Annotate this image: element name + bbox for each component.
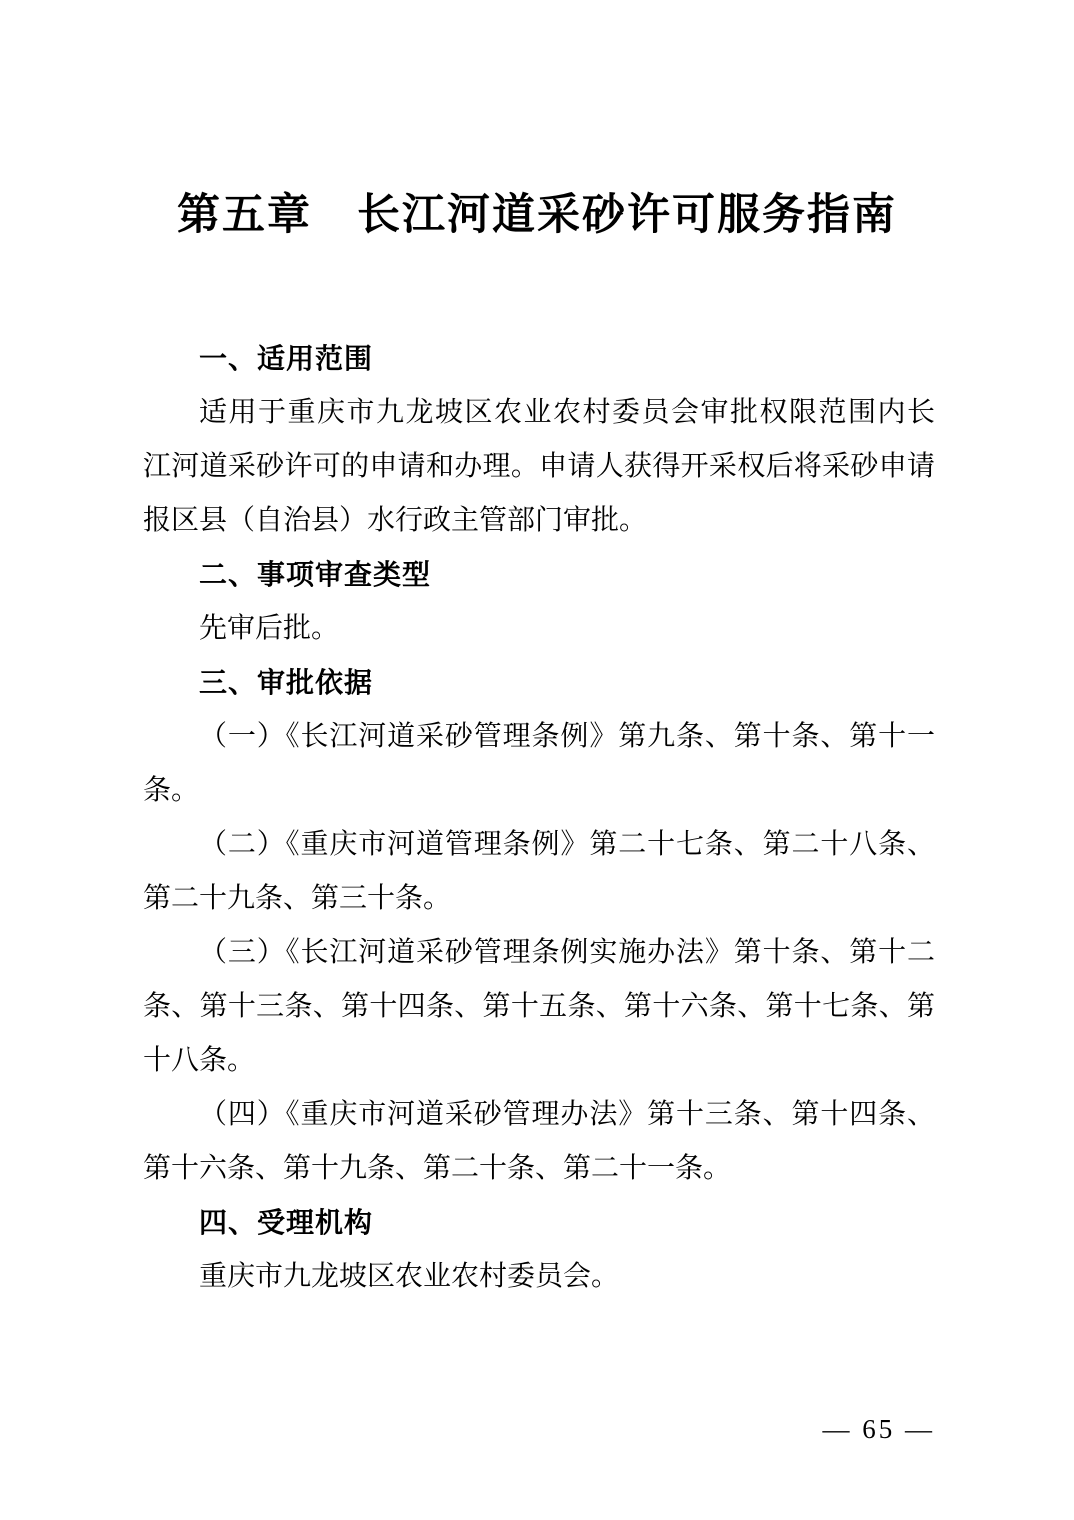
paragraph-line: （二）《重庆市河道管理条例》第二十七条、第二十八条、 [143,818,935,872]
section-heading-1: 一、适用范围 [143,332,935,386]
section-heading-2: 二、事项审查类型 [143,548,935,602]
paragraph-line: 十八条。 [143,1034,935,1088]
section-heading-3: 三、审批依据 [143,656,935,710]
paragraph-line: 适用于重庆市九龙坡区农业农村委员会审批权限范围内长 [143,386,935,440]
document-body: 一、适用范围 适用于重庆市九龙坡区农业农村委员会审批权限范围内长 江河道采砂许可… [143,332,935,1304]
document-page: 第五章 长江河道采砂许可服务指南 一、适用范围 适用于重庆市九龙坡区农业农村委员… [0,0,1074,1520]
paragraph-line: 第十六条、第十九条、第二十条、第二十一条。 [143,1142,935,1196]
paragraph-line: （四）《重庆市河道采砂管理办法》第十三条、第十四条、 [143,1088,935,1142]
paragraph-line: 重庆市九龙坡区农业农村委员会。 [143,1250,935,1304]
paragraph-line: 条。 [143,764,935,818]
paragraph-line: （三）《长江河道采砂管理条例实施办法》第十条、第十二 [143,926,935,980]
paragraph-line: 江河道采砂许可的申请和办理。申请人获得开采权后将采砂申请 [143,440,935,494]
paragraph-line: 第二十九条、第三十条。 [143,872,935,926]
paragraph-line: （一）《长江河道采砂管理条例》第九条、第十条、第十一 [143,710,935,764]
paragraph-line: 先审后批。 [143,602,935,656]
page-number: — 65 — [823,1412,936,1446]
chapter-title: 第五章 长江河道采砂许可服务指南 [0,190,1074,242]
section-heading-4: 四、受理机构 [143,1196,935,1250]
paragraph-line: 条、第十三条、第十四条、第十五条、第十六条、第十七条、第 [143,980,935,1034]
paragraph-line: 报区县（自治县）水行政主管部门审批。 [143,494,935,548]
